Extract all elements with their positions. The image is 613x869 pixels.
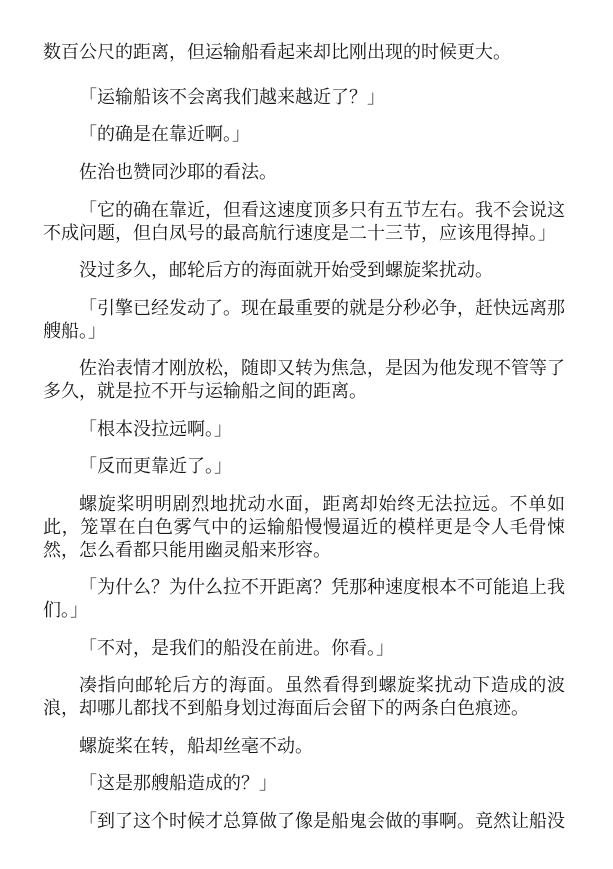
paragraph: 数百公尺的距离，但运输船看起来却比刚出现的时候更大。 (43, 41, 565, 64)
paragraph: 「到了这个时候才总算做了像是船鬼会做的事啊。竟然让船没 (43, 810, 565, 833)
paragraph: 佐治也赞同沙耶的看法。 (43, 161, 565, 184)
paragraph: 「这是那艘船造成的？」 (43, 772, 565, 795)
paragraph: 「不对，是我们的船没在前进。你看。」 (43, 637, 565, 660)
paragraph: 「为什么？为什么拉不开距离？凭那种速度根本不可能追上我们。」 (43, 576, 565, 621)
paragraph: 「引擎已经发动了。现在最重要的就是分秒必争，赶快远离那艘船。」 (43, 297, 565, 342)
paragraph: 螺旋桨在转，船却丝毫不动。 (43, 735, 565, 758)
paragraph: 佐治表情才刚放松，随即又转为焦急，是因为他发现不管等了多久，就是拉不开与运输船之… (43, 357, 565, 402)
text-content: 数百公尺的距离，但运输船看起来却比刚出现的时候更大。「运输船该不会离我们越来越近… (43, 41, 565, 848)
paragraph: 「的确是在靠近啊。」 (43, 123, 565, 146)
paragraph: 没过多久，邮轮后方的海面就开始受到螺旋桨扰动。 (43, 259, 565, 282)
paragraph: 「反而更靠近了。」 (43, 455, 565, 478)
paragraph: 螺旋桨明明剧烈地扰动水面，距离却始终无法拉远。不单如此，笼罩在白色雾气中的运输船… (43, 493, 565, 561)
paragraph: 「根本没拉远啊。」 (43, 418, 565, 441)
paragraph: 「运输船该不会离我们越来越近了？」 (43, 86, 565, 109)
paragraph: 「它的确在靠近，但看这速度顶多只有五节左右。我不会说这不成问题，但白凤号的最高航… (43, 199, 565, 244)
paragraph: 凑指向邮轮后方的海面。虽然看得到螺旋桨扰动下造成的波浪，却哪儿都找不到船身划过海… (43, 674, 565, 719)
novel-page: 数百公尺的距离，但运输船看起来却比刚出现的时候更大。「运输船该不会离我们越来越近… (0, 0, 613, 869)
